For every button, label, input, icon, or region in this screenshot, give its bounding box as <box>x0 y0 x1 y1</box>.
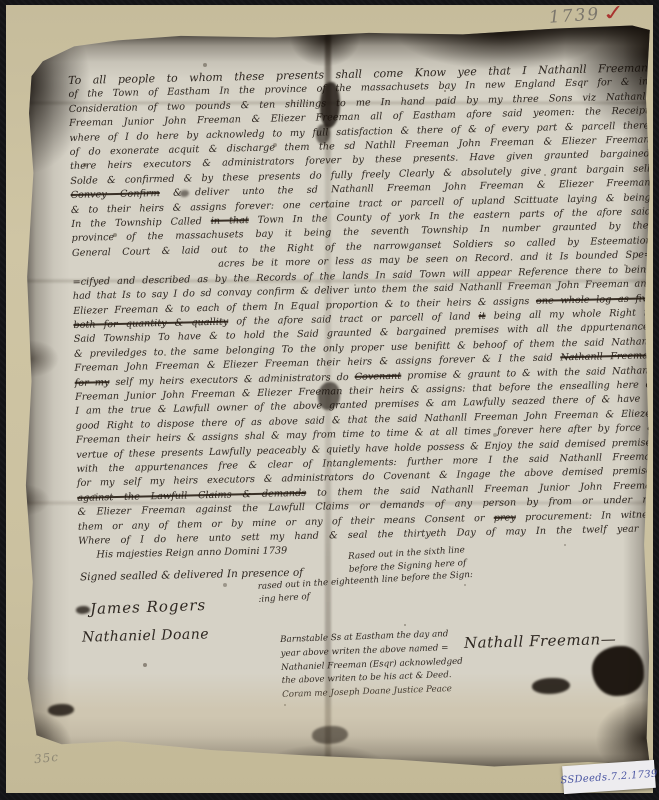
fold-crease-horizontal <box>24 278 651 284</box>
fold-crease-horizontal <box>24 500 651 506</box>
ink-blot <box>592 646 644 696</box>
archive-sticker-label: SSDeeds.7.2.1739 <box>560 768 658 786</box>
pencil-year-annotation: 1739 <box>548 4 601 28</box>
deed-body: To all people to whom these presents sha… <box>68 61 659 563</box>
ink-blot <box>532 678 570 694</box>
witness-signature-nathaniel-doane: Nathaniel Doane <box>82 626 209 645</box>
ink-blot <box>76 606 90 614</box>
deed-document: To all people to whom these presents sha… <box>24 24 651 768</box>
photo-backdrop: 1739 ✓ To all people to whom these prese… <box>0 0 659 800</box>
ink-blot <box>48 704 74 716</box>
witness-signature-james-rogers: James Rogers <box>90 596 207 618</box>
pencil-catalog-mark: 35c <box>33 750 59 767</box>
grantor-signature: Nathall Freeman— <box>464 630 617 652</box>
ink-blot <box>312 726 348 744</box>
